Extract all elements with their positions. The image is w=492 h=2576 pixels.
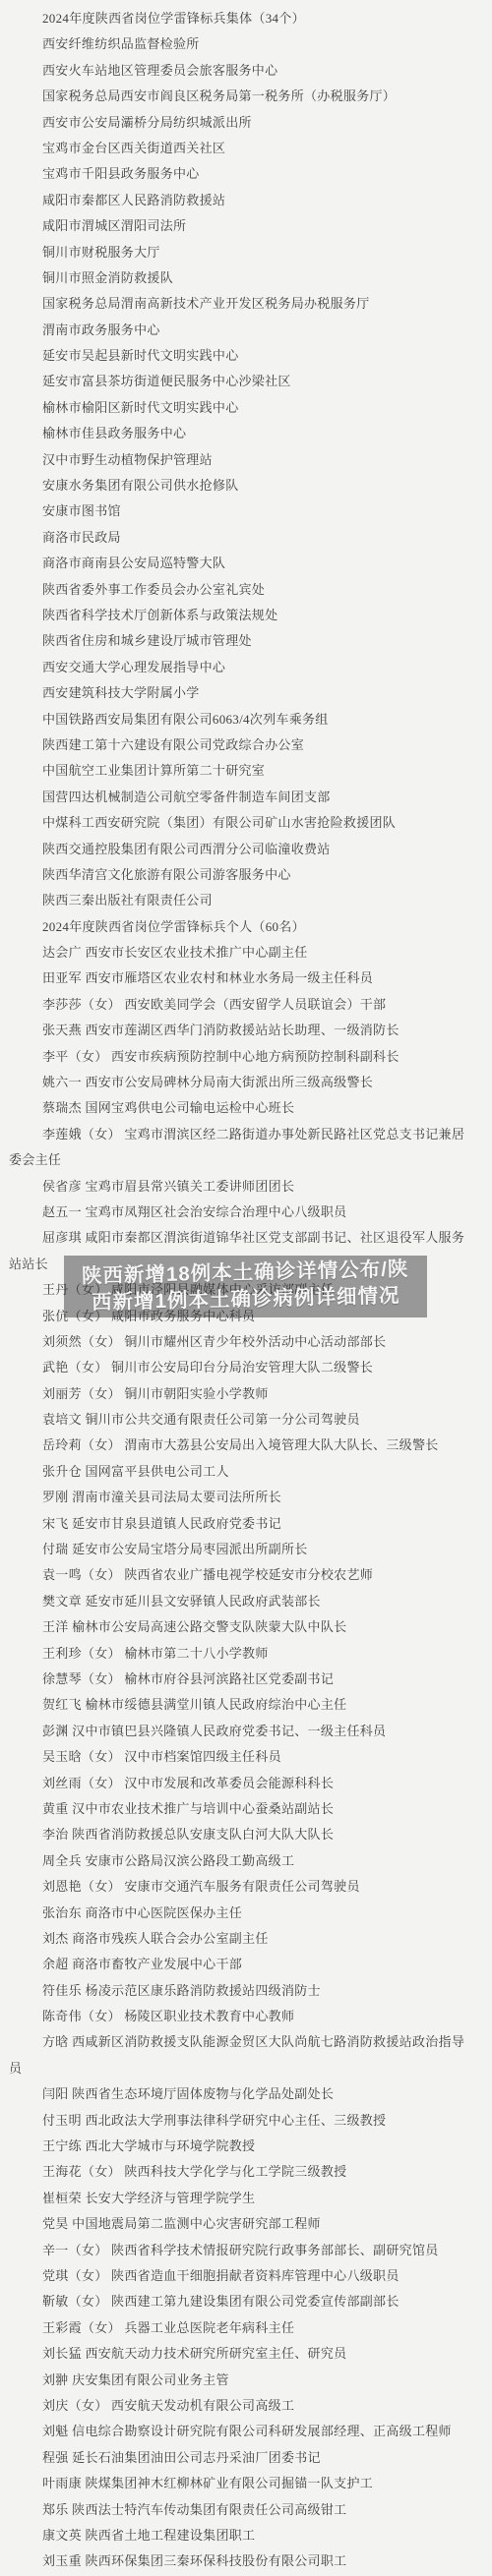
list-line: 侯省彦 宝鸡市眉县常兴镇关工委讲师团团长 bbox=[0, 1174, 492, 1200]
list-line: 袁培文 铜川市公共交通有限责任公司第一分公司驾驶员 bbox=[0, 1407, 492, 1433]
list-line: 李治 陕西省消防救援总队安康支队白河大队大队长 bbox=[0, 1822, 492, 1847]
list-line: 闫阳 陕西省生态环境厅固体废物与化学品处副处长 bbox=[0, 2081, 492, 2107]
list-line: 陕西省委外事工作委员会办公室礼宾处 bbox=[0, 577, 492, 603]
list-line: 商洛市商南县公安局巡特警大队 bbox=[0, 551, 492, 576]
list-line: 叶雨康 陕煤集团神木红柳林矿业有限公司掘锚一队支护工 bbox=[0, 2471, 492, 2496]
video-title-overlay: 陕西新增18例本土确诊详情公布/陕 西新增1例本土确诊病例详细情况 bbox=[64, 1256, 427, 1317]
list-line: 符佳乐 杨凌示范区康乐路消防救援站四级消防士 bbox=[0, 1978, 492, 2004]
list-line: 宋飞 延安市甘泉县道镇人民政府党委书记 bbox=[0, 1511, 492, 1537]
list-line: 李莎莎（女） 西安欧美同学会（西安留学人员联谊会）干部 bbox=[0, 992, 492, 1018]
list-line: 铜川市照金消防救援队 bbox=[0, 265, 492, 291]
list-line: 国家税务总局西安市阎良区税务局第一税务所（办税服务厅） bbox=[0, 84, 492, 109]
list-line: 国营四达机械制造公司航空零备件制造车间团支部 bbox=[0, 785, 492, 810]
list-line: 陕西交通控股集团有限公司西渭分公司临潼收费站 bbox=[0, 837, 492, 862]
list-line: 张天燕 西安市莲湖区西华门消防救援站站长助理、一级消防长 bbox=[0, 1018, 492, 1043]
list-line: 王彩霞（女） 兵器工业总医院老年病科主任 bbox=[0, 2315, 492, 2341]
list-line: 渭南市政务服务中心 bbox=[0, 318, 492, 343]
list-line: 延安市吴起县新时代文明实践中心 bbox=[0, 343, 492, 369]
list-line: 宝鸡市金台区西关街道西关社区 bbox=[0, 136, 492, 161]
list-line: 徐慧琴（女） 榆林市府谷县河滨路社区党委副书记 bbox=[0, 1667, 492, 1692]
list-line: 黄重 汉中市农业技术推广与培训中心蚕桑站副站长 bbox=[0, 1796, 492, 1822]
list-line: 2024年度陕西省岗位学雷锋标兵个人（60名） bbox=[0, 914, 492, 940]
list-line: 陕西省住房和城乡建设厅城市管理处 bbox=[0, 628, 492, 654]
list-line: 程强 延长石油集团油田公司志丹采油厂团委书记 bbox=[0, 2445, 492, 2471]
list-line: 刘杰 商洛市残疾人联合会办公室副主任 bbox=[0, 1926, 492, 1952]
list-line: 陕西三秦出版社有限责任公司 bbox=[0, 888, 492, 913]
list-line: 袁一鸣（女） 陕西省农业广播电视学校延安市分校农艺师 bbox=[0, 1562, 492, 1588]
list-line: 陕西省科学技术厅创新体系与政策法规处 bbox=[0, 603, 492, 628]
list-line: 吴玉晗（女） 汉中市档案馆四级主任科员 bbox=[0, 1744, 492, 1770]
list-line: 王洋 榆林市公安局高速公路交警支队陕蒙大队中队长 bbox=[0, 1614, 492, 1640]
list-line: 李莲娥（女） 宝鸡市渭滨区经二路街道办事处新民路社区党总支书记兼居 bbox=[0, 1122, 492, 1147]
list-line: 余超 商洛市畜牧产业发展中心干部 bbox=[0, 1952, 492, 1977]
list-line: 榆林市榆阳区新时代文明实践中心 bbox=[0, 395, 492, 421]
list-line: 崔桓荣 长安大学经济与管理学院学生 bbox=[0, 2186, 492, 2211]
list-line: 李平（女） 西安市疾病预防控制中心地方病预防控制科副科长 bbox=[0, 1044, 492, 1070]
list-line: 田亚军 西安市雁塔区农业农村和林业水务局一级主任科员 bbox=[0, 966, 492, 991]
list-line: 榆林市佳县政务服务中心 bbox=[0, 421, 492, 446]
list-line: 刘庆（女） 西安航天发动机有限公司高级工 bbox=[0, 2393, 492, 2419]
list-line: 员 bbox=[0, 2056, 492, 2081]
list-line: 王利珍（女） 榆林市第二十八小学教师 bbox=[0, 1641, 492, 1667]
list-line: 郑乐 陕西法士特汽车传动集团有限责任公司高级钳工 bbox=[0, 2497, 492, 2523]
list-line: 宝鸡市千阳县政务服务中心 bbox=[0, 161, 492, 187]
list-line: 张升仓 国网富平县供电公司工人 bbox=[0, 1459, 492, 1485]
list-line: 安康市图书馆 bbox=[0, 498, 492, 524]
list-line: 中国航空工业集团计算所第二十研究室 bbox=[0, 758, 492, 784]
list-line: 康文英 陕西省土地工程建设集团职工 bbox=[0, 2523, 492, 2548]
list-line: 靳敏（女） 陕西建工第九建设集团有限公司党委宣传部副部长 bbox=[0, 2289, 492, 2314]
list-line: 党昊 中国地震局第二监测中心灾害研究部工程师 bbox=[0, 2211, 492, 2237]
list-line: 刘丽芳（女） 铜川市朝阳实验小学教师 bbox=[0, 1381, 492, 1407]
list-line: 陕西建工第十六建设有限公司党政综合办公室 bbox=[0, 732, 492, 758]
list-line: 延安市富县茶坊街道便民服务中心沙梁社区 bbox=[0, 369, 492, 394]
list-line: 2024年度陕西省岗位学雷锋标兵集体（34个） bbox=[0, 6, 492, 31]
list-line: 国家税务总局渭南高新技术产业开发区税务局办税服务厅 bbox=[0, 291, 492, 317]
list-line: 陕西华清宫文化旅游有限公司游客服务中心 bbox=[0, 862, 492, 888]
list-line: 中国铁路西安局集团有限公司6063/4次列车乘务组 bbox=[0, 707, 492, 732]
list-line: 岳玲莉（女） 渭南市大荔县公安局出入境管理大队大队长、三级警长 bbox=[0, 1433, 492, 1458]
list-line: 贺红飞 榆林市绥德县满堂川镇人民政府综治中心主任 bbox=[0, 1692, 492, 1718]
list-line: 彭渊 汉中市镇巴县兴隆镇人民政府党委书记、一级主任科员 bbox=[0, 1719, 492, 1744]
list-line: 王宁练 西北大学城市与环境学院教授 bbox=[0, 2134, 492, 2159]
list-line: 中煤科工西安研究院（集团）有限公司矿山水害抢险救援团队 bbox=[0, 810, 492, 836]
list-line: 西安市公安局灞桥分局纺织城派出所 bbox=[0, 110, 492, 136]
list-line: 陈奇伟（女） 杨陵区职业技术教育中心教师 bbox=[0, 2004, 492, 2029]
list-line: 铜川市财税服务大厅 bbox=[0, 240, 492, 265]
list-line: 周全兵 安康市公路局汉滨公路段工勤高级工 bbox=[0, 1848, 492, 1874]
list-line: 汉中市野生动植物保护管理站 bbox=[0, 447, 492, 473]
list-line: 武艳（女） 铜川市公安局印台分局治安管理大队二级警长 bbox=[0, 1355, 492, 1380]
list-line: 刘丝雨（女） 汉中市发展和改革委员会能源科科长 bbox=[0, 1771, 492, 1796]
list-line: 咸阳市秦都区人民路消防救援站 bbox=[0, 188, 492, 213]
list-line: 党琪（女） 陕西省造血干细胞捐献者资料库管理中心八级职员 bbox=[0, 2263, 492, 2289]
list-line: 张治东 商洛市中心医院医保办主任 bbox=[0, 1901, 492, 1926]
list-line: 樊文章 延安市延川县文安驿镇人民政府武装部长 bbox=[0, 1589, 492, 1614]
list-line: 刘魁 信电综合勘察设计研究院有限公司科研发展部经理、正高级工程师 bbox=[0, 2419, 492, 2444]
list-line: 咸阳市渭城区渭阳司法所 bbox=[0, 213, 492, 239]
list-line: 蔡瑞杰 国网宝鸡供电公司输电运检中心班长 bbox=[0, 1095, 492, 1121]
list-line: 西安火车站地区管理委员会旅客服务中心 bbox=[0, 58, 492, 84]
list-line: 罗刚 渭南市潼关县司法局太要司法所所长 bbox=[0, 1485, 492, 1510]
list-line: 西安建筑科技大学附属小学 bbox=[0, 680, 492, 706]
list-line: 付瑞 延安市公安局宝塔分局枣园派出所副所长 bbox=[0, 1537, 492, 1562]
list-line: 王海花（女） 陕西科技大学化学与化工学院三级教授 bbox=[0, 2159, 492, 2185]
list-line: 西安交通大学心理发展指导中心 bbox=[0, 655, 492, 680]
list-line: 姚六一 西安市公安局碑林分局南大街派出所三级高级警长 bbox=[0, 1070, 492, 1095]
overlay-title: 陕西新增18例本土确诊详情公布/陕 西新增1例本土确诊病例详细情况 bbox=[63, 1257, 427, 1317]
list-line: 委会主任 bbox=[0, 1147, 492, 1173]
list-line: 刘长猛 西安航天动力技术研究所研究室主任、研究员 bbox=[0, 2341, 492, 2367]
list-line: 方晗 西咸新区消防救援支队能源金贸区大队尚航七路消防救援站政治指导 bbox=[0, 2029, 492, 2055]
list-line: 刘翀 庆安集团有限公司业务主管 bbox=[0, 2368, 492, 2393]
list-line: 西安纤维纺织品监督检验所 bbox=[0, 31, 492, 57]
list-line: 付玉明 西北政法大学刑事法律科学研究中心主任、三级教授 bbox=[0, 2108, 492, 2134]
list-line: 安康水务集团有限公司供水抢修队 bbox=[0, 473, 492, 498]
list-line: 赵五一 宝鸡市凤翔区社会治安综合治理中心八级职员 bbox=[0, 1200, 492, 1225]
list-line: 刘玉重 陕西环保集团三秦环保科技股份有限公司职工 bbox=[0, 2548, 492, 2574]
list-line: 辛一（女） 陕西省科学技术情报研究院行政事务部部长、副研究馆员 bbox=[0, 2238, 492, 2263]
list-line: 达会广 西安市长安区农业技术推广中心副主任 bbox=[0, 940, 492, 966]
list-line: 刘须然（女） 铜川市耀州区青少年校外活动中心活动部部长 bbox=[0, 1329, 492, 1355]
list-line: 屈彦琪 咸阳市秦都区渭滨街道锦华社区党支部副书记、社区退役军人服务 bbox=[0, 1225, 492, 1251]
list-line: 商洛市民政局 bbox=[0, 525, 492, 551]
list-line: 刘恩艳（女） 安康市交通汽车服务有限责任公司驾驶员 bbox=[0, 1874, 492, 1900]
